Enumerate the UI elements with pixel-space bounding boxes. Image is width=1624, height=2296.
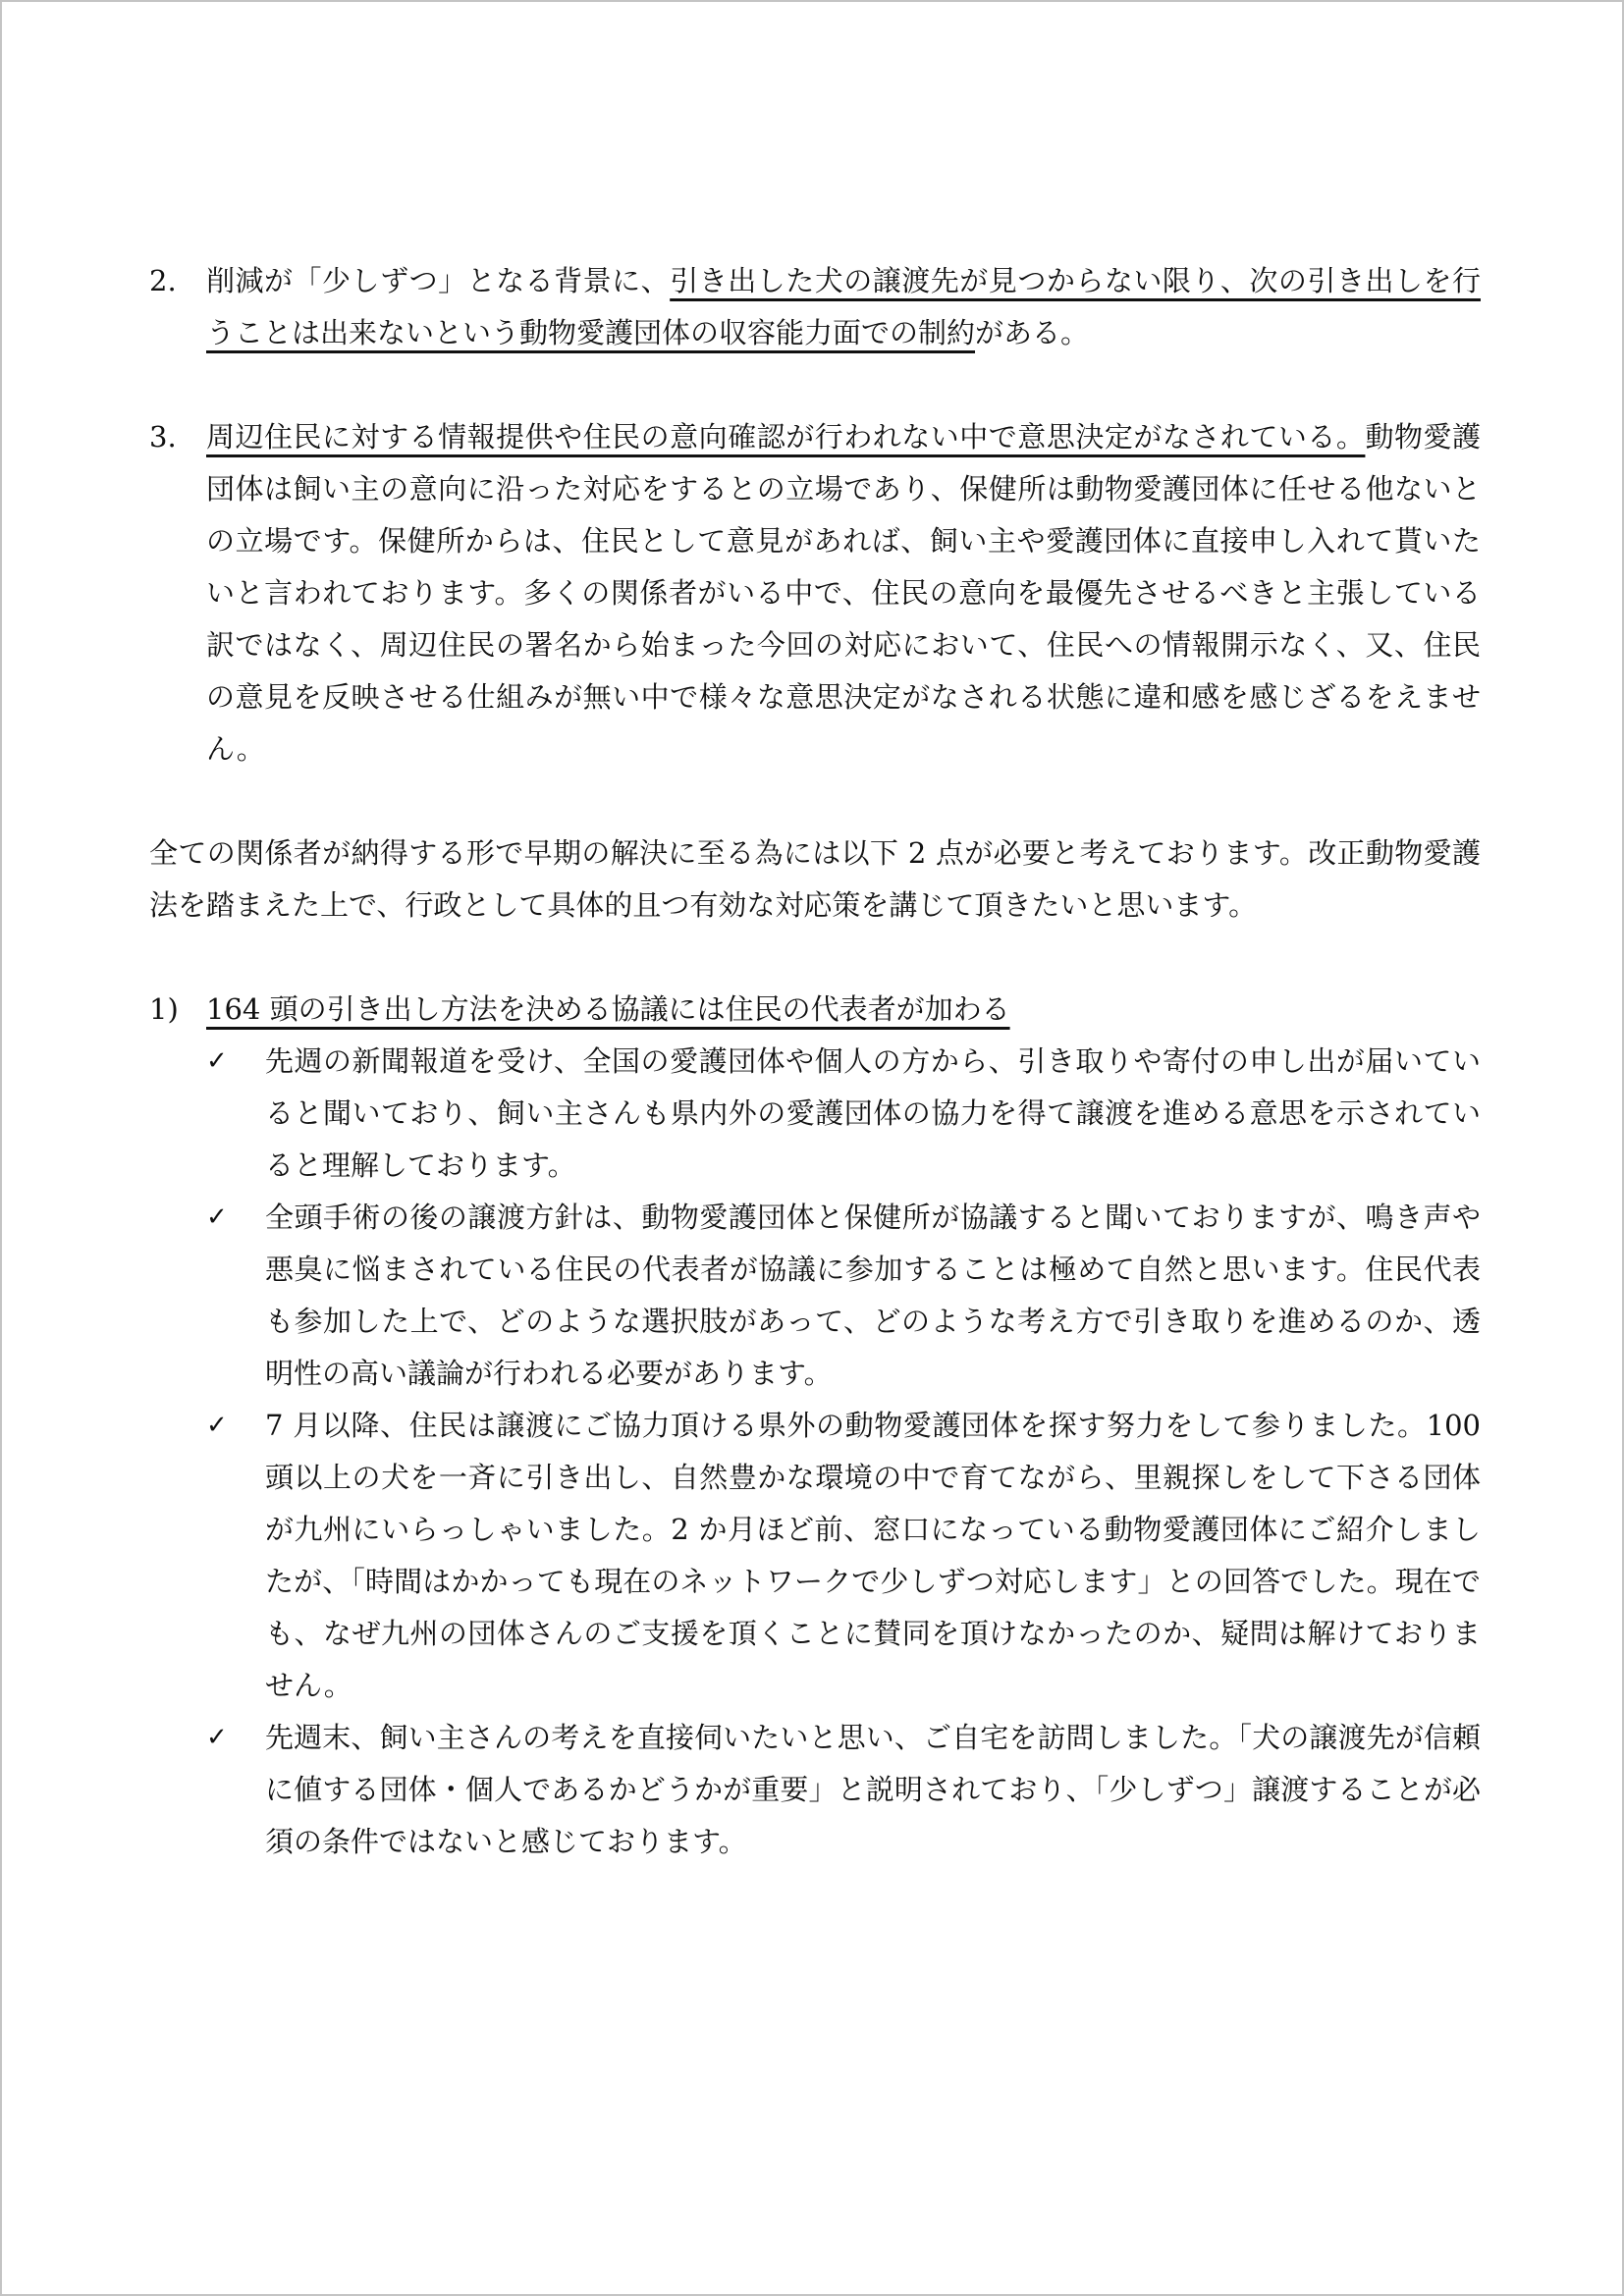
numbered-item-2: 2. 削減が「少しずつ」となる背景に、引き出した犬の譲渡先が見つからない限り、次… (149, 255, 1481, 359)
check-item: ✓ 先週の新聞報道を受け、全国の愛護団体や個人の方から、引き取りや寄付の申し出が… (206, 1036, 1481, 1192)
check-icon: ✓ (206, 1036, 228, 1088)
underlined-text: 周辺住民に対する情報提供や住民の意向確認が行われない中で意思決定がなされている。 (206, 420, 1365, 454)
item-text: 周辺住民に対する情報提供や住民の意向確認が行われない中で意思決定がなされている。… (206, 411, 1481, 775)
check-item-text: 7 月以降、住民は譲渡にご協力頂ける県外の動物愛護団体を探す努力をして参りました… (265, 1409, 1481, 1702)
numbered-item-3: 3. 周辺住民に対する情報提供や住民の意向確認が行われない中で意思決定がなされて… (149, 411, 1481, 775)
list-marker: 3. (149, 411, 177, 463)
document-body: 2. 削減が「少しずつ」となる背景に、引き出した犬の譲渡先が見つからない限り、次… (149, 255, 1481, 1868)
check-icon: ✓ (206, 1192, 228, 1244)
check-item: ✓ 全頭手術の後の譲渡方針は、動物愛護団体と保健所が協議すると聞いておりますが、… (206, 1192, 1481, 1400)
check-icon: ✓ (206, 1400, 228, 1452)
checklist: ✓ 先週の新聞報道を受け、全国の愛護団体や個人の方から、引き取りや寄付の申し出が… (149, 1036, 1481, 1868)
check-item-text: 全頭手術の後の譲渡方針は、動物愛護団体と保健所が協議すると聞いておりますが、鳴き… (265, 1201, 1481, 1390)
item-text-tail: がある。 (975, 316, 1089, 349)
item-text-lead: 削減が「少しずつ」となる背景に、 (206, 264, 670, 297)
summary-paragraph: 全ての関係者が納得する形で早期の解決に至る為には以下 2 点が必要と考えておりま… (149, 828, 1481, 932)
item-text-tail: 動物愛護団体は飼い主の意向に沿った対応をするとの立場であり、保健所は動物愛護団体… (206, 420, 1481, 766)
check-item-text: 先週末、飼い主さんの考えを直接伺いたいと思い、ご自宅を訪問しました。「犬の譲渡先… (265, 1721, 1481, 1858)
proposal-item-1: 1) 164 頭の引き出し方法を決める協議には住民の代表者が加わる (149, 984, 1481, 1036)
check-item: ✓ 先週末、飼い主さんの考えを直接伺いたいと思い、ご自宅を訪問しました。「犬の譲… (206, 1712, 1481, 1868)
item-text: 削減が「少しずつ」となる背景に、引き出した犬の譲渡先が見つからない限り、次の引き… (206, 255, 1481, 359)
check-item: ✓ 7 月以降、住民は譲渡にご協力頂ける県外の動物愛護団体を探す努力をして参りま… (206, 1400, 1481, 1712)
check-icon: ✓ (206, 1712, 228, 1764)
document-page: 2. 削減が「少しずつ」となる背景に、引き出した犬の譲渡先が見つからない限り、次… (0, 0, 1624, 2296)
check-item-text: 先週の新聞報道を受け、全国の愛護団体や個人の方から、引き取りや寄付の申し出が届い… (265, 1044, 1481, 1182)
underlined-heading: 164 頭の引き出し方法を決める協議には住民の代表者が加わる (206, 992, 1010, 1026)
proposal-heading: 164 頭の引き出し方法を決める協議には住民の代表者が加わる (206, 984, 1481, 1036)
list-marker: 2. (149, 255, 177, 307)
list-marker: 1) (149, 984, 179, 1036)
